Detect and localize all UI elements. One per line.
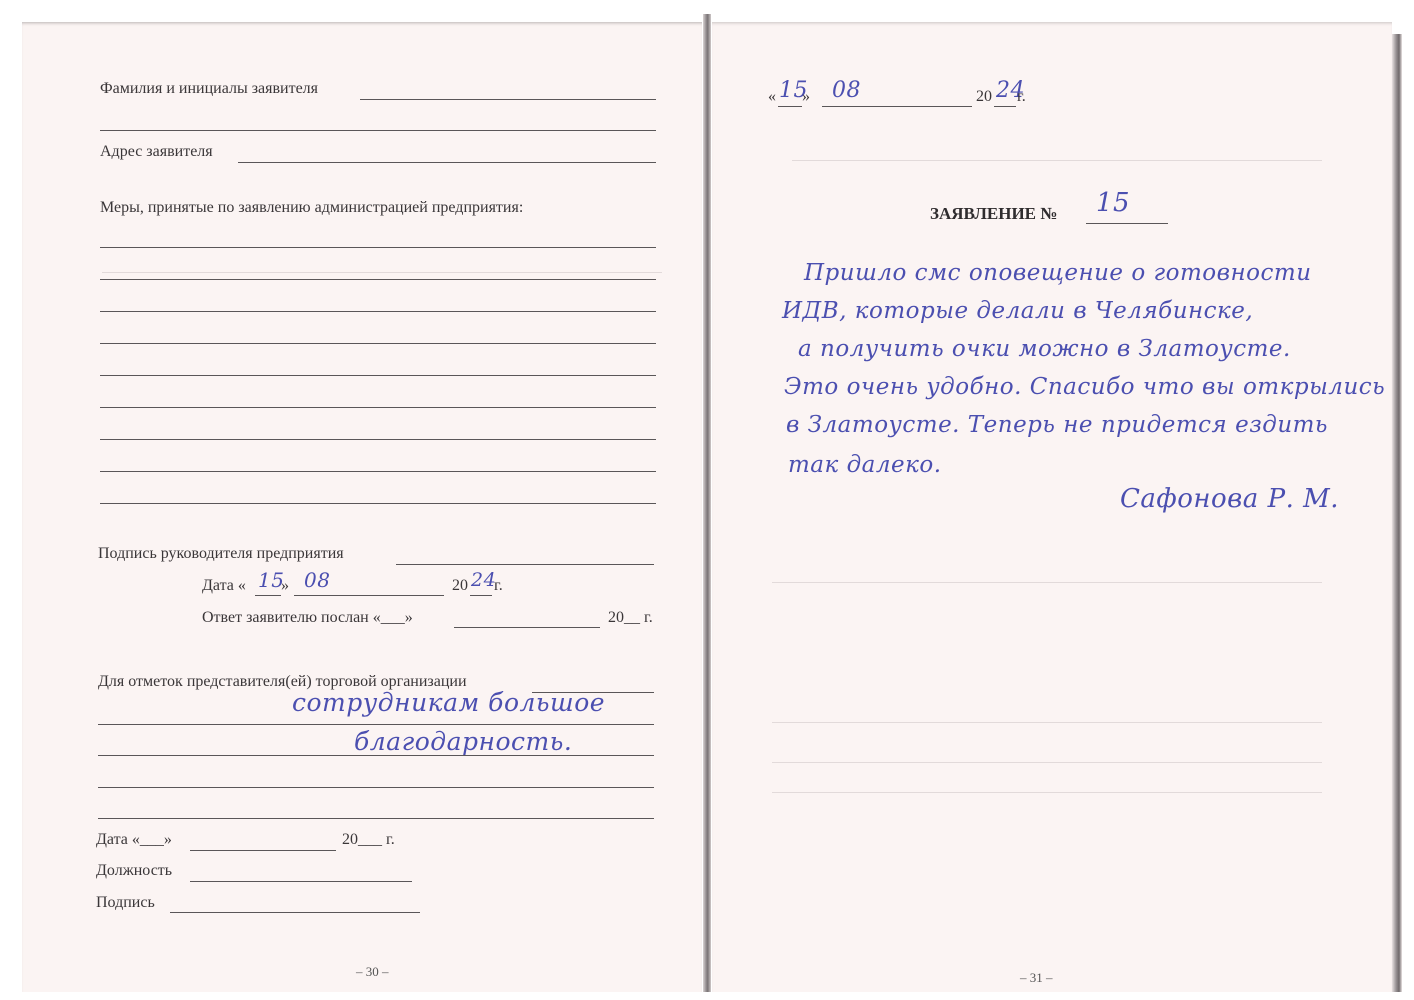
applicant-signature: Сафонова Р. М.	[1120, 484, 1339, 514]
rep-notes-handwritten-1: сотрудникам большое	[292, 688, 605, 717]
measures-line	[100, 247, 656, 248]
page-number-left: – 30 –	[356, 964, 389, 980]
rep-notes-line-4	[98, 818, 654, 819]
statement-line: Пришло смс оповещение о готовности	[804, 260, 1312, 286]
statement-line: в Златоусте. Теперь не придется ездить	[786, 412, 1328, 438]
signature-line	[170, 912, 420, 913]
measures-line	[100, 503, 656, 504]
date-close-quote: »	[281, 577, 289, 595]
reply-month-line	[454, 627, 600, 628]
measures-line	[100, 279, 656, 280]
date-close-quote: »	[802, 88, 810, 106]
bottom-date-label: Дата «___»	[96, 831, 172, 849]
date-month-line	[294, 595, 444, 596]
right-page: « 15 » 08 20 24 г. ЗАЯВЛЕНИЕ № 15 Пришло…	[712, 22, 1392, 992]
statement-line: Это очень удобно. Спасибо что вы открыли…	[784, 374, 1385, 400]
page-number-right: – 31 –	[1020, 970, 1053, 986]
measures-line	[100, 471, 656, 472]
applicant-address-label: Адрес заявителя	[100, 143, 213, 161]
statement-number-line	[1086, 223, 1168, 224]
measures-line	[100, 343, 656, 344]
date-year-prefix: 20	[976, 88, 992, 106]
date-label: Дата «	[202, 577, 246, 595]
bottom-date-year: 20___ г.	[342, 831, 395, 849]
statement-line: а получить очки можно в Златоусте.	[798, 336, 1291, 362]
date-year-line	[994, 106, 1016, 107]
left-page: Фамилия и инициалы заявителя Адрес заяви…	[22, 22, 702, 992]
statement-line: так далеко.	[788, 452, 942, 478]
reply-year: 20__ г.	[608, 609, 653, 627]
signature-label: Подпись	[96, 894, 155, 912]
date-month-line	[822, 106, 972, 107]
date-month-handwritten: 08	[832, 78, 861, 103]
position-line	[190, 881, 412, 882]
position-label: Должность	[96, 862, 172, 880]
rep-notes-line-3	[98, 787, 654, 788]
statement-title: ЗАЯВЛЕНИЕ №	[930, 204, 1057, 224]
measures-label: Меры, принятые по заявлению администраци…	[100, 199, 523, 217]
statement-line: ИДВ, которые делали в Челябинске,	[782, 298, 1253, 324]
applicant-name-line	[360, 99, 656, 100]
date-month-handwritten: 08	[304, 568, 330, 592]
statement-number-handwritten: 15	[1096, 188, 1130, 218]
manager-signature-line	[396, 564, 654, 565]
reply-sent-label: Ответ заявителю послан «___»	[202, 609, 413, 627]
date-year-unit: г.	[494, 577, 503, 595]
rep-notes-line-2	[98, 755, 654, 756]
measures-line	[100, 407, 656, 408]
date-year-handwritten: 24	[471, 569, 496, 591]
date-year-line	[470, 595, 492, 596]
applicant-name-line-2	[100, 130, 656, 131]
bottom-date-month-line	[190, 850, 336, 851]
applicant-name-label: Фамилия и инициалы заявителя	[100, 80, 318, 98]
measures-line	[100, 375, 656, 376]
manager-signature-label: Подпись руководителя предприятия	[98, 545, 344, 563]
date-open-quote: «	[768, 88, 776, 106]
rep-notes-line-1	[98, 724, 654, 725]
measures-line	[100, 439, 656, 440]
date-day-line	[778, 106, 802, 107]
date-year-prefix: 20	[452, 577, 468, 595]
date-year-unit: г.	[1017, 88, 1026, 106]
book-spine	[703, 14, 711, 992]
applicant-address-line	[238, 162, 656, 163]
date-day-line	[255, 595, 281, 596]
page-edge	[1392, 34, 1402, 992]
measures-line	[100, 311, 656, 312]
rep-notes-handwritten-2: благодарность.	[354, 727, 572, 756]
